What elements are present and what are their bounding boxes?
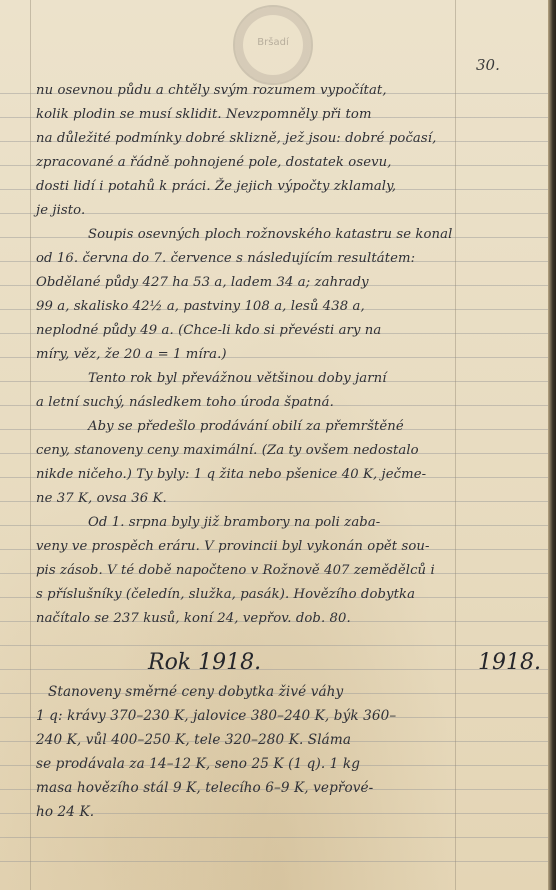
text-line: pis zásob. V té době napočteno v Rožnově… <box>36 559 456 583</box>
stamp-text: Bršadí <box>235 37 311 48</box>
paragraph-potato-requisition: Od 1. srpna byly již brambory na poli za… <box>36 511 456 631</box>
paragraph-maximum-prices: Aby se předešlo prodávání obilí za přemr… <box>36 415 456 511</box>
text-line: ne 37 K, ovsa 36 K. <box>36 487 456 511</box>
archive-stamp: Bršadí <box>233 5 313 85</box>
text-line: 240 K, vůl 400–250 K, tele 320–280 K. Sl… <box>36 728 456 752</box>
text-line: na důležité podmínky dobré sklizně, jež … <box>36 127 456 151</box>
text-line: 1 q: krávy 370–230 K, jalovice 380–240 K… <box>36 704 456 728</box>
text-line: nu osevnou půdu a chtěly svým rozumem vy… <box>36 79 456 103</box>
text-line: načítalo se 237 kusů, koní 24, vepřov. d… <box>36 607 456 631</box>
text-line: nikde ničeho.) Ty byly: 1 q žita nebo pš… <box>36 463 456 487</box>
text-line: Stanoveny směrné ceny dobytka živé váhy <box>36 680 456 704</box>
text-line: ho 24 K. <box>36 800 456 824</box>
margin-year-note: 1918. <box>478 650 541 675</box>
paragraph-dry-year: Tento rok byl převážnou většinou doby ja… <box>36 367 456 415</box>
paragraph-livestock-prices: Stanoveny směrné ceny dobytka živé váhy … <box>36 680 456 824</box>
paragraph-land-survey: Soupis osevných ploch rožnovského katast… <box>36 223 456 367</box>
text-line: Od 1. srpna byly již brambory na poli za… <box>36 511 456 535</box>
text-line: kolik plodin se musí sklidit. Nevzpomněl… <box>36 103 456 127</box>
page-edge <box>548 0 556 890</box>
text-line: Aby se předešlo prodávání obilí za přemr… <box>36 415 456 439</box>
paragraph-sowing-calculation: nu osevnou půdu a chtěly svým rozumem vy… <box>36 79 456 223</box>
text-line: ceny, stanoveny ceny maximální. (Za ty o… <box>36 439 456 463</box>
year-heading: Rok 1918. <box>148 650 261 675</box>
text-line: Tento rok byl převážnou většinou doby ja… <box>36 367 456 391</box>
text-line: zpracované a řádně pohnojené pole, dosta… <box>36 151 456 175</box>
text-line: veny ve prospěch eráru. V provincii byl … <box>36 535 456 559</box>
text-line: od 16. června do 7. července s následují… <box>36 247 456 271</box>
text-line: a letní suchý, následkem toho úroda špat… <box>36 391 456 415</box>
text-line: s příslušníky (čeledín, služka, pasák). … <box>36 583 456 607</box>
text-line: masa hovězího stál 9 K, telecího 6–9 K, … <box>36 776 456 800</box>
text-line: míry, věz, že 20 a = 1 míra.) <box>36 343 456 367</box>
text-line: dosti lidí i potahů k práci. Že jejich v… <box>36 175 456 199</box>
text-line: je jisto. <box>36 199 456 223</box>
manuscript-page: Bršadí 30. nu osevnou půdu a chtěly svým… <box>0 0 556 890</box>
page-number: 30. <box>476 56 500 74</box>
text-line: Soupis osevných ploch rožnovského katast… <box>36 223 456 247</box>
left-margin-line <box>30 0 31 890</box>
text-line: neplodné půdy 49 a. (Chce-li kdo si přev… <box>36 319 456 343</box>
text-line: 99 a, skalisko 42½ a, pastviny 108 a, le… <box>36 295 456 319</box>
text-line: se prodávala za 14–12 K, seno 25 K (1 q)… <box>36 752 456 776</box>
text-line: Obdělané půdy 427 ha 53 a, ladem 34 a; z… <box>36 271 456 295</box>
